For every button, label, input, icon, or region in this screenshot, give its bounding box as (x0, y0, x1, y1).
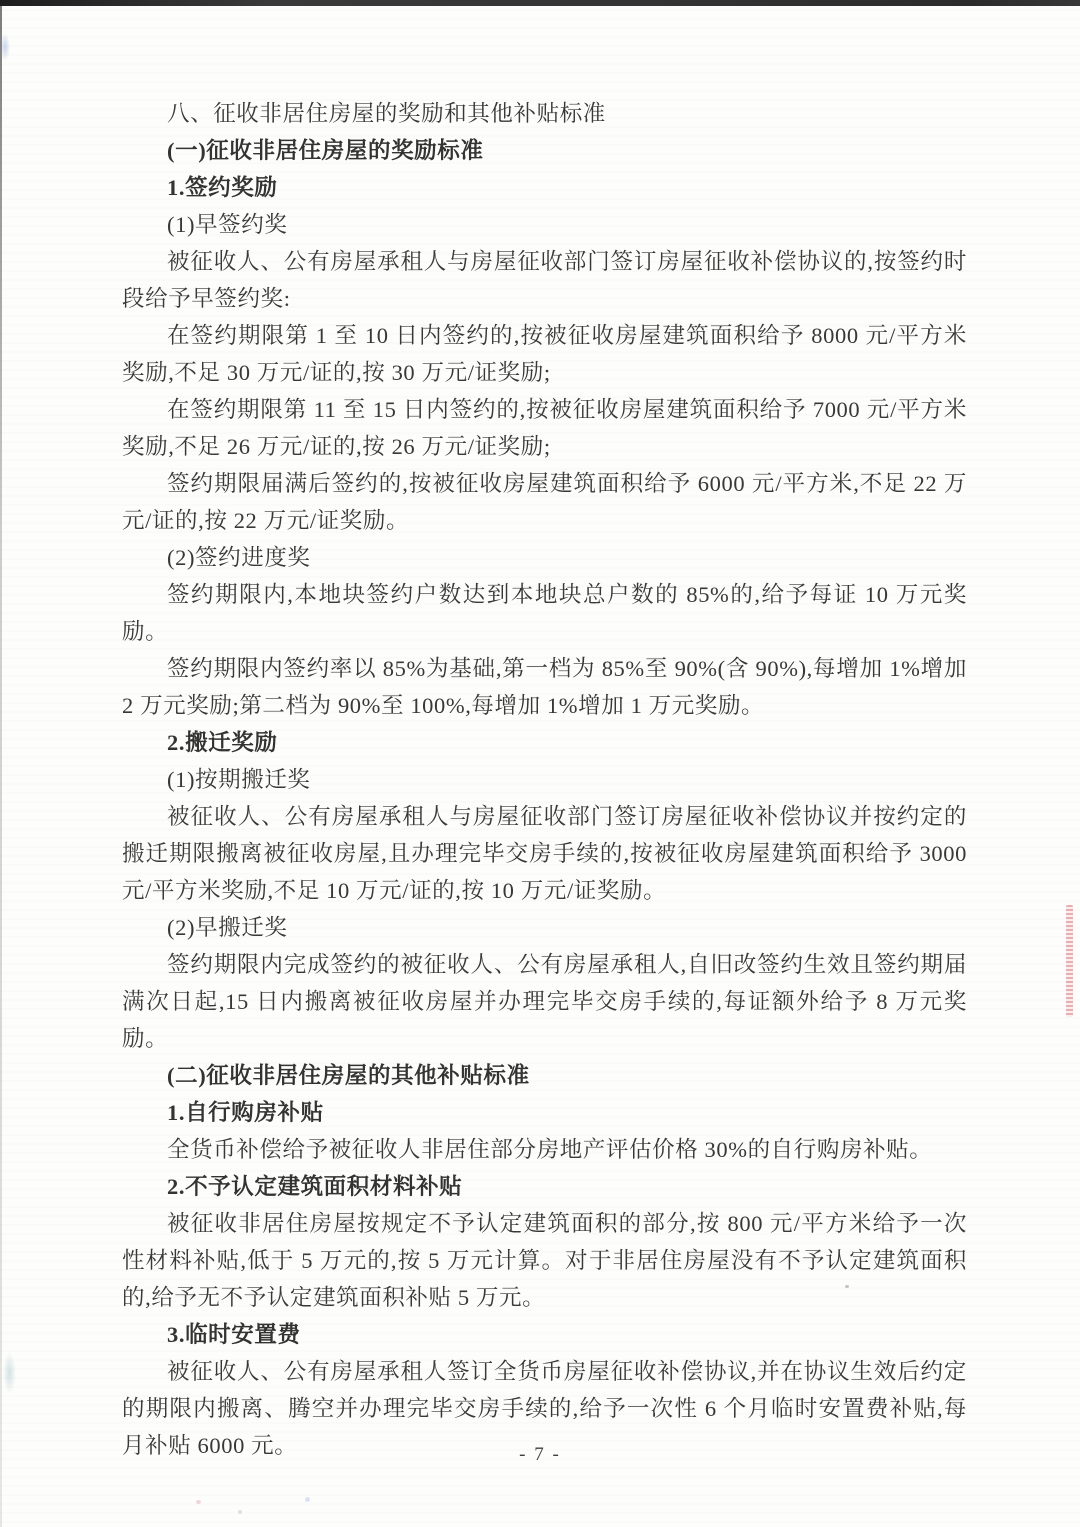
page-number: - 7 - (0, 1444, 1080, 1466)
heading-level2: (二)征收非居住房屋的其他补贴标准 (122, 1057, 967, 1094)
heading-level1: 八、征收非居住房屋的奖励和其他补贴标准 (122, 95, 967, 132)
paragraph: 在签约期限第 11 至 15 日内签约的,按被征收房屋建筑面积给予 7000 元… (122, 391, 967, 465)
heading-level3: 1.自行购房补贴 (122, 1094, 967, 1131)
paragraph: 签约期限内完成签约的被征收人、公有房屋承租人,自旧改签约生效且签约期届满次日起,… (122, 946, 967, 1057)
scan-edge-left (0, 6, 2, 1527)
red-annotation-mark (1066, 905, 1073, 1017)
scan-speckle (238, 1510, 242, 1514)
paragraph: 全货币补偿给予被征收人非居住部分房地产评估价格 30%的自行购房补贴。 (122, 1131, 967, 1168)
paragraph: 在签约期限第 1 至 10 日内签约的,按被征收房屋建筑面积给予 8000 元/… (122, 317, 967, 391)
subheading: (2)签约进度奖 (122, 539, 967, 576)
heading-level2: (一)征收非居住房屋的奖励标准 (122, 132, 967, 169)
document-body: 八、征收非居住房屋的奖励和其他补贴标准 (一)征收非居住房屋的奖励标准 1.签约… (122, 95, 967, 1464)
paragraph: 被征收非居住房屋按规定不予认定建筑面积的部分,按 800 元/平方米给予一次性材… (122, 1205, 967, 1316)
paragraph: 签约期限内,本地块签约户数达到本地块总户数的 85%的,给予每证 10 万元奖励… (122, 576, 967, 650)
subheading: (2)早搬迁奖 (122, 909, 967, 946)
subheading: (1)按期搬迁奖 (122, 761, 967, 798)
heading-level3: 2.不予认定建筑面积材料补贴 (122, 1168, 967, 1205)
heading-level3: 3.临时安置费 (122, 1316, 967, 1353)
scan-smudge-top (0, 33, 10, 61)
paragraph: 签约期限内签约率以 85%为基础,第一档为 85%至 90%(含 90%),每增… (122, 650, 967, 724)
scan-edge-top (0, 0, 1080, 6)
subheading: (1)早签约奖 (122, 206, 967, 243)
paragraph: 签约期限届满后签约的,按被征收房屋建筑面积给予 6000 元/平方米,不足 22… (122, 465, 967, 539)
heading-level3: 1.签约奖励 (122, 169, 967, 206)
paragraph: 被征收人、公有房屋承租人与房屋征收部门签订房屋征收补偿协议并按约定的搬迁期限搬离… (122, 798, 967, 909)
document-page: 八、征收非居住房屋的奖励和其他补贴标准 (一)征收非居住房屋的奖励标准 1.签约… (0, 0, 1080, 1527)
scan-speckle (305, 1497, 310, 1502)
scan-speckle (196, 1500, 201, 1504)
heading-level3: 2.搬迁奖励 (122, 724, 967, 761)
scan-smudge-bottom (3, 1352, 16, 1394)
paragraph: 被征收人、公有房屋承租人与房屋征收部门签订房屋征收补偿协议的,按签约时段给予早签… (122, 243, 967, 317)
